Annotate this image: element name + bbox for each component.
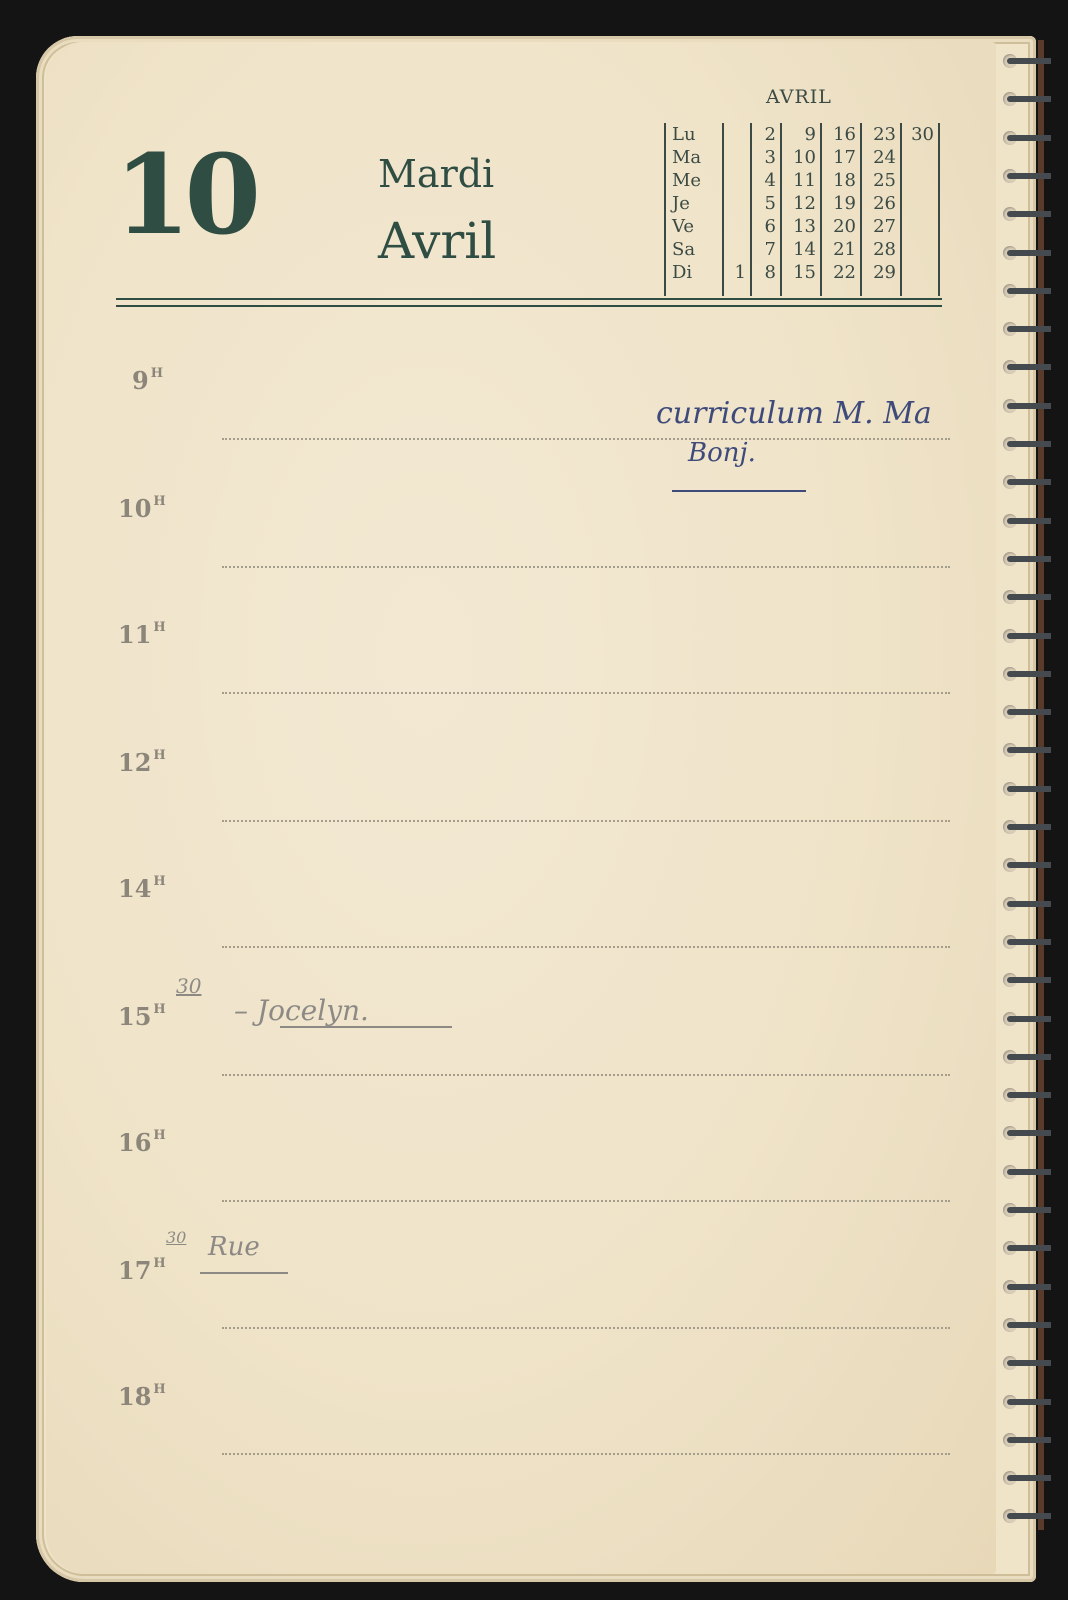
mini-calendar: Lu Ma Me Je Ve Sa Di 1 2 3 4 5 6 7 8 9 1…: [664, 123, 940, 296]
spiral-ring-icon: [1003, 899, 1047, 911]
wire-coil: [1007, 1360, 1051, 1366]
wire-coil: [1007, 709, 1051, 715]
spiral-ring-icon: [1003, 1511, 1047, 1523]
wire-coil: [1007, 977, 1051, 983]
spiral-ring-icon: [1003, 477, 1047, 489]
wire-coil: [1007, 250, 1051, 256]
wire-coil: [1007, 1513, 1051, 1519]
day-name: Mardi: [378, 152, 494, 196]
wire-coil: [1007, 671, 1051, 677]
spiral-ring-icon: [1003, 554, 1047, 566]
date-cell: 15: [788, 261, 816, 284]
date-cell-current: 10: [788, 146, 816, 169]
spiral-ring-icon: [1003, 1167, 1047, 1179]
wire-coil: [1007, 939, 1051, 945]
note-underline: [280, 1026, 452, 1028]
date-cell: 24: [868, 146, 896, 169]
note-15h-minutes: 30: [176, 974, 201, 998]
wire-coil: [1007, 901, 1051, 907]
date-cell: 12: [788, 192, 816, 215]
note-underline: [672, 490, 806, 492]
spiral-ring-icon: [1003, 1473, 1047, 1485]
mini-calendar-week: 23 24 25 26 27 28 29: [860, 123, 900, 296]
note-17h-text: Rue: [208, 1232, 260, 1262]
slot-divider: [222, 566, 950, 568]
wire-coil: [1007, 1399, 1051, 1405]
spiral-ring-icon: [1003, 1243, 1047, 1255]
day-label: Ma: [672, 146, 718, 169]
date-cell: 8: [758, 261, 776, 284]
spiral-ring-icon: [1003, 1282, 1047, 1294]
slot-divider: [222, 1327, 950, 1329]
note-curriculum-line2: Bonj.: [688, 438, 756, 468]
day-label: Di: [672, 261, 718, 284]
hour-label-16: 16H: [118, 1128, 166, 1157]
date-cell: 16: [828, 123, 856, 146]
wire-coil: [1007, 1207, 1051, 1213]
spiral-ring-icon: [1003, 669, 1047, 681]
slot-divider: [222, 438, 950, 440]
spiral-ring-icon: [1003, 631, 1047, 643]
date-cell: 14: [788, 238, 816, 261]
hour-label-15: 15H: [118, 1002, 166, 1031]
date-cell: 3: [758, 146, 776, 169]
spiral-ring-icon: [1003, 133, 1047, 145]
spiral-ring-icon: [1003, 1205, 1047, 1217]
spiral-ring-icon: [1003, 784, 1047, 796]
date-cell: [730, 192, 746, 215]
spiral-ring-icon: [1003, 1052, 1047, 1064]
spiral-ring-icon: [1003, 975, 1047, 987]
date-cell: 6: [758, 215, 776, 238]
spiral-ring-icon: [1003, 516, 1047, 528]
spiral-ring-icon: [1003, 171, 1047, 183]
note-curriculum-line1: curriculum M. Ma: [656, 396, 932, 431]
hour-label-9: 9H: [132, 366, 163, 395]
wire-coil: [1007, 1475, 1051, 1481]
spiral-ring-icon: [1003, 1435, 1047, 1447]
spiral-ring-icon: [1003, 937, 1047, 949]
date-cell: 17: [828, 146, 856, 169]
spiral-ring-icon: [1003, 248, 1047, 260]
hour-label-14: 14H: [118, 874, 166, 903]
wire-coil: [1007, 326, 1051, 332]
spiral-ring-icon: [1003, 707, 1047, 719]
date-cell: 25: [868, 169, 896, 192]
spiral-ring-icon: [1003, 401, 1047, 413]
mini-calendar-week: 16 17 18 19 20 21 22: [820, 123, 860, 296]
wire-coil: [1007, 747, 1051, 753]
date-cell: 9: [788, 123, 816, 146]
wire-coil: [1007, 862, 1051, 868]
spiral-ring-icon: [1003, 860, 1047, 872]
wire-coil: [1007, 518, 1051, 524]
wire-coil: [1007, 173, 1051, 179]
wire-coil: [1007, 786, 1051, 792]
spiral-ring-icon: [1003, 1090, 1047, 1102]
wire-coil: [1007, 58, 1051, 64]
date-cell: [730, 215, 746, 238]
slot-divider: [222, 1453, 950, 1455]
date-cell: [730, 169, 746, 192]
mini-calendar-week: 1: [722, 123, 750, 296]
spiral-ring-icon: [1003, 286, 1047, 298]
hour-label-12: 12H: [118, 748, 166, 777]
spiral-ring-icon: [1003, 1358, 1047, 1370]
spiral-ring-icon: [1003, 1397, 1047, 1409]
slot-divider: [222, 1074, 950, 1076]
date-cell: 29: [868, 261, 896, 284]
spiral-ring-icon: [1003, 209, 1047, 221]
day-label: Je: [672, 192, 718, 215]
wire-coil: [1007, 364, 1051, 370]
wire-coil: [1007, 1130, 1051, 1136]
spiral-ring-icon: [1003, 1320, 1047, 1332]
wire-coil: [1007, 1437, 1051, 1443]
spiral-ring-icon: [1003, 94, 1047, 106]
slot-divider: [222, 820, 950, 822]
mini-calendar-title: AVRIL: [766, 86, 832, 108]
wire-coil: [1007, 1054, 1051, 1060]
date-cell: 23: [868, 123, 896, 146]
wire-coil: [1007, 211, 1051, 217]
date-cell: 27: [868, 215, 896, 238]
mini-calendar-week: 2 3 4 5 6 7 8: [750, 123, 780, 296]
month-name: Avril: [378, 212, 496, 270]
wire-coil: [1007, 1016, 1051, 1022]
spiral-ring-icon: [1003, 745, 1047, 757]
wire-coil: [1007, 403, 1051, 409]
date-cell: 26: [868, 192, 896, 215]
note-17h-minutes: 30: [166, 1228, 186, 1247]
date-cell: 19: [828, 192, 856, 215]
wire-coil: [1007, 1092, 1051, 1098]
spiral-ring-icon: [1003, 362, 1047, 374]
spiral-ring-icon: [1003, 439, 1047, 451]
header-rule-top: [116, 298, 942, 300]
date-cell: 2: [758, 123, 776, 146]
spiral-ring-icon: [1003, 324, 1047, 336]
date-cell: 1: [730, 261, 746, 284]
wire-coil: [1007, 1245, 1051, 1251]
day-label: Sa: [672, 238, 718, 261]
wire-coil: [1007, 594, 1051, 600]
date-cell: 5: [758, 192, 776, 215]
spiral-ring-icon: [1003, 822, 1047, 834]
date-cell: 28: [868, 238, 896, 261]
date-cell: 7: [758, 238, 776, 261]
note-15h-text: – Jocelyn.: [234, 994, 369, 1027]
header-rule-bottom: [116, 305, 942, 307]
slot-divider: [222, 1200, 950, 1202]
slot-divider: [222, 946, 950, 948]
wire-coil: [1007, 633, 1051, 639]
wire-coil: [1007, 441, 1051, 447]
hour-label-18: 18H: [118, 1382, 166, 1411]
date-cell: 30: [908, 123, 934, 146]
spiral-ring-icon: [1003, 592, 1047, 604]
date-cell: 4: [758, 169, 776, 192]
note-underline: [200, 1272, 288, 1274]
day-label: Ve: [672, 215, 718, 238]
wire-coil: [1007, 1169, 1051, 1175]
hour-label-17: 17H: [118, 1256, 166, 1285]
wire-coil: [1007, 824, 1051, 830]
date-cell: [730, 238, 746, 261]
date-cell: [730, 123, 746, 146]
wire-coil: [1007, 479, 1051, 485]
date-cell: 22: [828, 261, 856, 284]
spiral-ring-icon: [1003, 56, 1047, 68]
hour-label-11: 11H: [118, 620, 166, 649]
spiral-ring-icon: [1003, 1128, 1047, 1140]
wire-coil: [1007, 1284, 1051, 1290]
date-cell: 13: [788, 215, 816, 238]
wire-coil: [1007, 135, 1051, 141]
wire-coil: [1007, 96, 1051, 102]
day-label: Lu: [672, 123, 718, 146]
day-number: 10: [114, 140, 255, 250]
mini-calendar-week: 9 10 11 12 13 14 15: [780, 123, 820, 296]
date-cell: [730, 146, 746, 169]
date-cell: 21: [828, 238, 856, 261]
mini-calendar-week: 30: [900, 123, 940, 296]
date-cell: 11: [788, 169, 816, 192]
wire-coil: [1007, 556, 1051, 562]
day-label: Me: [672, 169, 718, 192]
mini-calendar-day-labels: Lu Ma Me Je Ve Sa Di: [664, 123, 722, 296]
date-cell: 20: [828, 215, 856, 238]
date-cell: 18: [828, 169, 856, 192]
hour-label-10: 10H: [118, 494, 166, 523]
slot-divider: [222, 692, 950, 694]
wire-coil: [1007, 288, 1051, 294]
wire-coil: [1007, 1322, 1051, 1328]
spiral-ring-icon: [1003, 1014, 1047, 1026]
